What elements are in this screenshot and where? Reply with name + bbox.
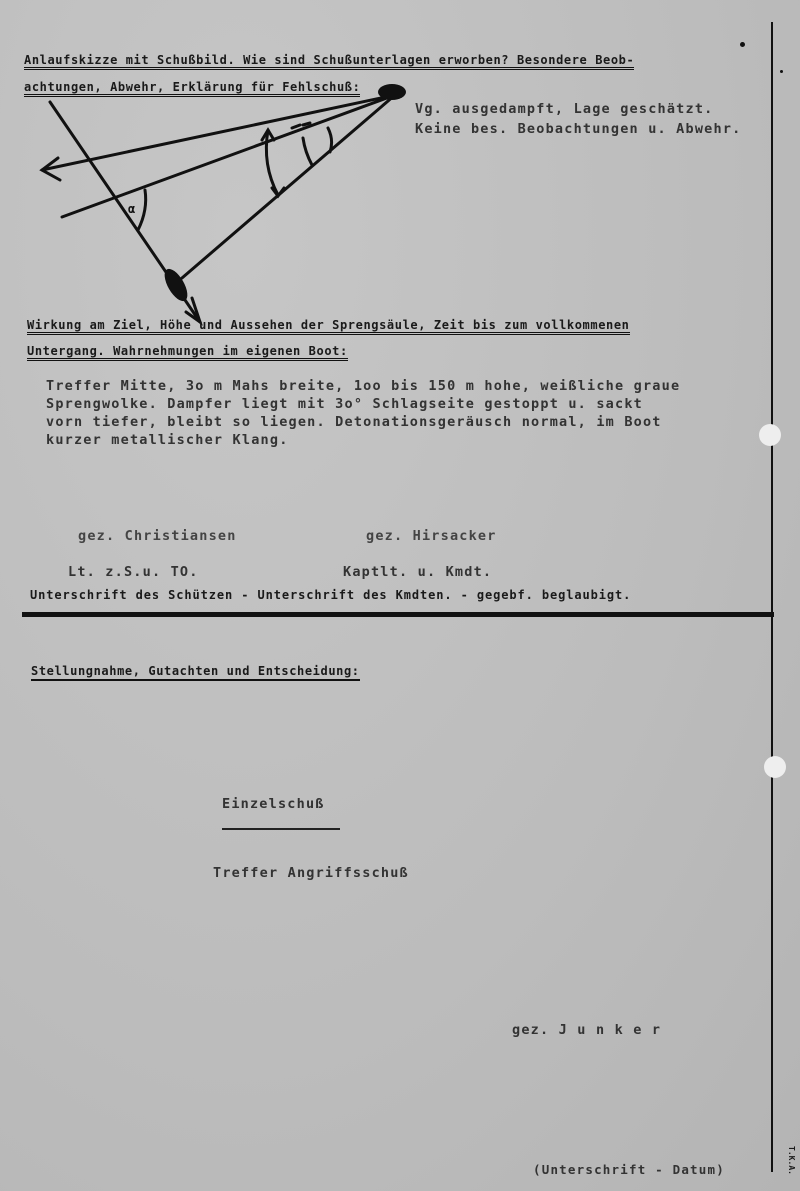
section2-body-line2: Sprengwolke. Dampfer liegt mit 3o° Schla… <box>46 396 643 412</box>
reviewer-signature: gez. J u n k e r <box>512 1022 661 1038</box>
section2-heading-line2: Untergang. Wahrnehmungen im eigenen Boot… <box>27 344 348 361</box>
section1-answer-line1: Vg. ausgedampft, Lage geschätzt. <box>415 101 714 117</box>
section3-heading: Stellungnahme, Gutachten und Entscheidun… <box>31 664 360 681</box>
archive-mark: T.K.A. <box>787 1146 796 1175</box>
decision-line1: Einzelschuß <box>222 796 325 812</box>
signature-caption: Unterschrift des Schützen - Unterschrift… <box>30 588 631 602</box>
section1-answer-line2: Keine bes. Beobachtungen u. Abwehr. <box>415 121 741 137</box>
section2-heading-line1: Wirkung am Ziel, Höhe und Aussehen der S… <box>27 318 630 335</box>
punch-hole <box>764 756 786 778</box>
document-page: Anlaufskizze mit Schußbild. Wie sind Sch… <box>0 0 800 1191</box>
commander-signature: gez. Hirsacker <box>366 528 497 544</box>
section2-body-line1: Treffer Mitte, 3o m Mahs breite, 1oo bis… <box>46 378 680 394</box>
decision-line2: Treffer Angriffsschuß <box>213 865 409 881</box>
commander-rank: Kaptlt. u. Kmdt. <box>343 564 492 580</box>
svg-text:α: α <box>128 202 135 216</box>
shooter-rank: Lt. z.S.u. TO. <box>68 564 199 580</box>
punch-hole <box>759 424 781 446</box>
shooter-signature: gez. Christiansen <box>78 528 237 544</box>
decision-underline <box>222 828 340 830</box>
section2-body-line3: vorn tiefer, bleibt so liegen. Detonatio… <box>46 414 662 430</box>
attack-sketch: α <box>0 0 800 340</box>
reviewer-signature-caption: (Unterschrift - Datum) <box>533 1162 725 1177</box>
submarine-icon <box>378 84 406 100</box>
section2-body-line4: kurzer metallischer Klang. <box>46 432 289 448</box>
section-divider <box>22 612 774 617</box>
